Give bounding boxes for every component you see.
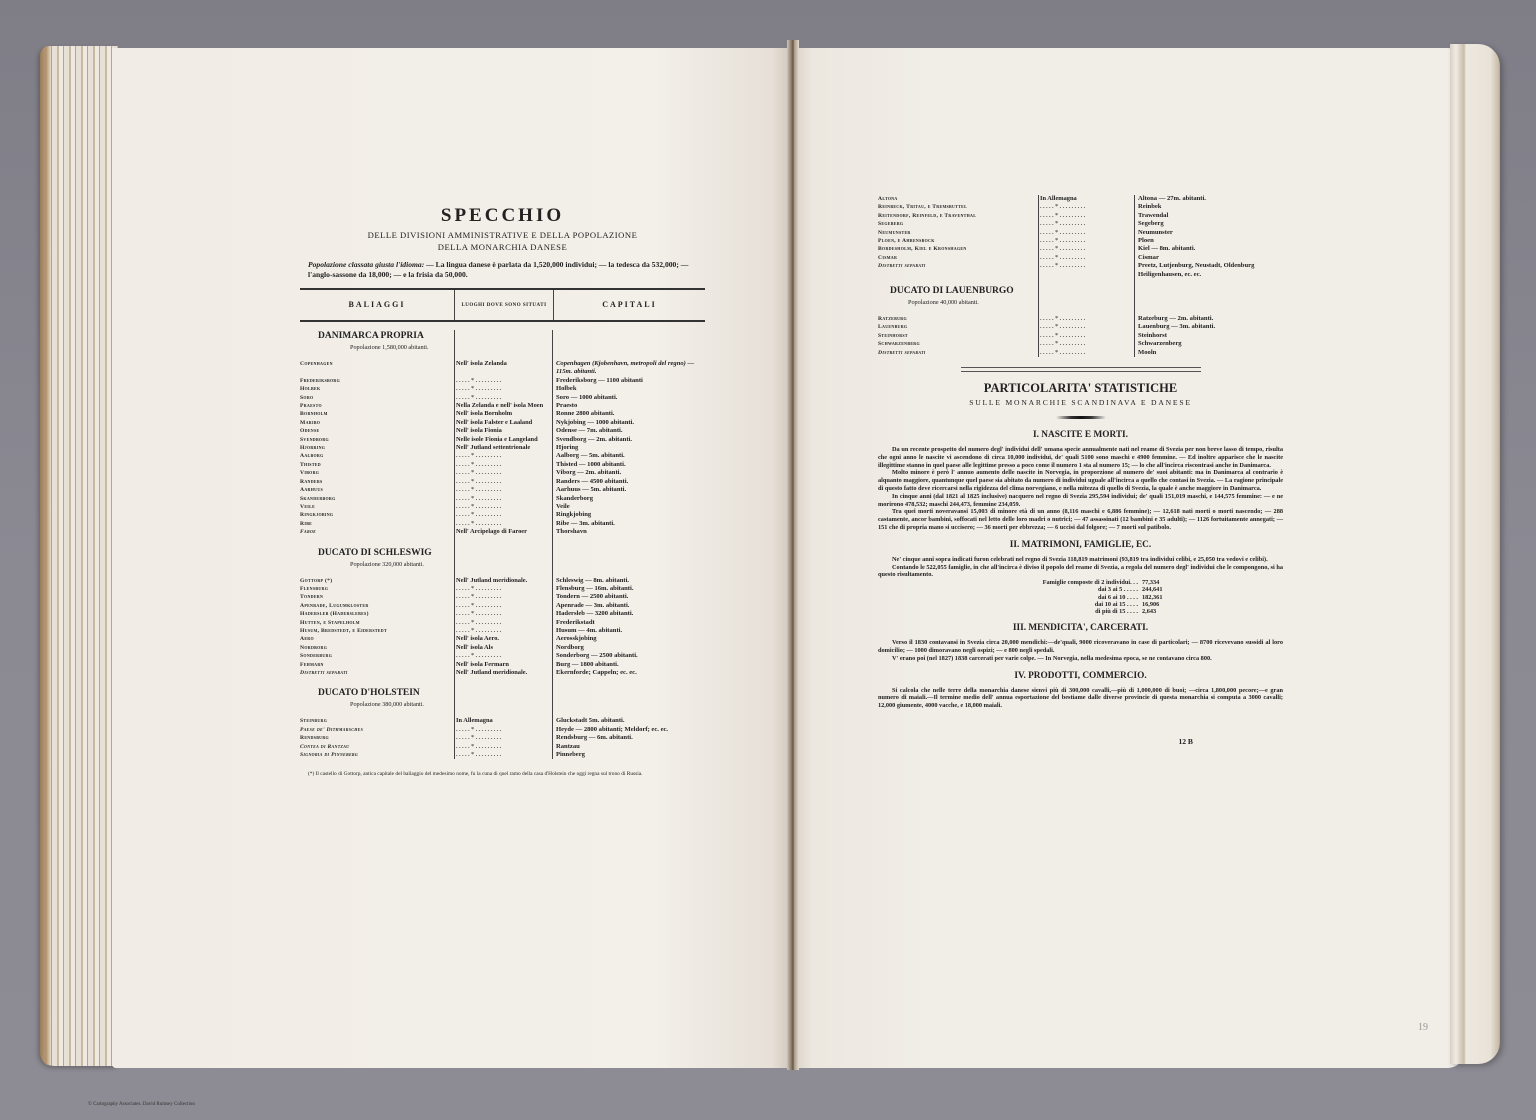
location-cell: .....*.........: [456, 610, 554, 618]
baliaggio-cell: Skanderborg: [300, 495, 456, 503]
capital-cell: Veile: [554, 503, 705, 511]
location-cell: .....*.........: [456, 652, 554, 660]
table-row: NordborgNell' isola AlsNordborg: [300, 644, 705, 652]
family-label: dai 3 ai 5 . . . . .: [1018, 586, 1142, 593]
baliaggio-cell: Hutten, e Stapelholm: [300, 619, 456, 627]
section-heading: II. MATRIMONI, FAMIGLIE, EC.: [878, 539, 1283, 551]
population-note-label: Popolazione classata giusta l'idioma:: [308, 260, 424, 269]
baliaggio-cell: Copenhagen: [300, 360, 456, 377]
capital-cell: Segeberg: [1136, 220, 1283, 228]
column-divider: [1038, 195, 1039, 357]
table-row: Ratzeburg.....*.........Ratzeburg — 2m. …: [878, 315, 1283, 323]
section-title: DUCATO DI LAUENBURGO: [878, 285, 1283, 297]
table-row: OdenseNell' isola FioniaOdense — 7m. abi…: [300, 427, 705, 435]
baliaggio-cell: Bornholm: [300, 410, 456, 418]
table-row: AeroNell' isola Aero.Aerosskjobing: [300, 635, 705, 643]
family-value: 16,906: [1142, 601, 1159, 608]
table-row: Paese de' Dithmarsches.....*.........Hey…: [300, 726, 705, 734]
section-population: Popolazione 320,000 abitanti.: [300, 559, 705, 571]
location-cell: .....*.........: [1040, 212, 1136, 220]
location-cell: .....*.........: [456, 461, 554, 469]
location-cell: .....*.........: [456, 743, 554, 751]
capital-cell: Flensburg — 16m. abitanti.: [554, 585, 705, 593]
location-cell: .....*.........: [1040, 245, 1136, 253]
capital-cell: Copenhagen (Kjobenhavn, metropoli del re…: [554, 360, 705, 377]
location-cell: .....*.........: [1040, 332, 1136, 340]
capital-cell: Ringkjobing: [554, 511, 705, 519]
baliaggio-cell: Bordesholm, Kiel e Kronshagen: [878, 245, 1040, 253]
location-cell: .....*.........: [1040, 254, 1136, 262]
table-row: MariboNell' isola Falster e LaalandNykjo…: [300, 419, 705, 427]
location-cell: In Allemagna: [456, 717, 554, 725]
capital-cell: Ronne 2800 abitanti.: [554, 410, 705, 418]
location-cell: .....*.........: [456, 734, 554, 742]
baliaggio-cell: Rendsburg: [300, 734, 456, 742]
location-cell: .....*.........: [456, 377, 554, 385]
baliaggio-cell: Praesto: [300, 402, 456, 410]
capital-cell: Thisted — 1000 abitanti.: [554, 461, 705, 469]
location-cell: .....*.........: [1040, 349, 1136, 357]
baliaggio-cell: Steinhorst: [878, 332, 1040, 340]
capital-cell: Trawendal: [1136, 212, 1283, 220]
capital-cell: Ratzeburg — 2m. abitanti.: [1136, 315, 1283, 323]
location-cell: .....*.........: [1040, 340, 1136, 348]
stats-sections: I. NASCITE E MORTI.Da un recente prospet…: [878, 429, 1283, 710]
capital-cell: Svendborg — 2m. abitanti.: [554, 436, 705, 444]
paragraph: Da un recente prospetto del numero degl'…: [878, 446, 1283, 469]
baliaggio-cell: Tondern: [300, 593, 456, 601]
baliaggio-cell: Lauenburg: [878, 323, 1040, 331]
location-cell: Nell' isola Zelanda: [456, 360, 554, 377]
location-cell: .....*.........: [456, 478, 554, 486]
table-row: Frederiksborg.....*.........Frederiksbor…: [300, 377, 705, 385]
baliaggio-cell: Steinburg: [300, 717, 456, 725]
table-row: Gottorp (*)Nell' Jutland meridionale.Sch…: [300, 577, 705, 585]
baliaggio-cell: Odense: [300, 427, 456, 435]
baliaggio-cell: Randers: [300, 478, 456, 486]
left-page-content: SPECCHIO DELLE DIVISIONI AMMINISTRATIVE …: [300, 205, 705, 778]
baliaggio-cell: Faroe: [300, 528, 456, 536]
family-label: dai 10 ai 15 . . . .: [1018, 601, 1142, 608]
table-row: Schwarzenberg.....*.........Schwarzenber…: [878, 340, 1283, 348]
location-cell: Nell' isola Bornholm: [456, 410, 554, 418]
baliaggio-cell: Holbek: [300, 385, 456, 393]
baliaggio-cell: Signoria di Pinneberg: [300, 751, 456, 759]
baliaggio-cell: Aalborg: [300, 452, 456, 460]
section-heading: IV. PRODOTTI, COMMERCIO.: [878, 670, 1283, 682]
baliaggio-cell: Apenrade, Lugumkloster: [300, 602, 456, 610]
baliaggio-cell: Husum, Bredstedt, e Eiderstedt: [300, 627, 456, 635]
location-cell: Nell' isola Falster e Laaland: [456, 419, 554, 427]
baliaggio-cell: Distretti separati: [300, 669, 456, 677]
baliaggio-cell: Distretti separati: [878, 262, 1040, 279]
column-divider: [1134, 195, 1135, 357]
location-cell: .....*.........: [456, 520, 554, 528]
baliaggio-cell: Cismar: [878, 254, 1040, 262]
location-cell: .....*.........: [456, 585, 554, 593]
capital-cell: Ploen: [1136, 237, 1283, 245]
stats-heading: PARTICOLARITA' STATISTICHE: [878, 380, 1283, 396]
column-divider: [552, 330, 553, 759]
location-cell: Nell' Jutland meridionale.: [456, 669, 554, 677]
location-cell: .....*.........: [456, 394, 554, 402]
left-page-stack-edge: [40, 46, 118, 1066]
baliaggio-cell: Aero: [300, 635, 456, 643]
baliaggio-cell: Neumunster: [878, 229, 1040, 237]
table-row: Distretti separati.....*.........Preetz,…: [878, 262, 1283, 279]
capital-cell: Sonderborg — 2500 abitanti.: [554, 652, 705, 660]
table-row: Tondern.....*.........Tondern — 2500 abi…: [300, 593, 705, 601]
table-row: Rendsburg.....*.........Rendsburg — 6m. …: [300, 734, 705, 742]
table-body: DANIMARCA PROPRIA Popolazione 1,580,000 …: [300, 330, 705, 759]
baliaggio-cell: Ploen, e Ahrensbock: [878, 237, 1040, 245]
paragraph: In cinque anni (dal 1821 al 1825 inclusi…: [878, 493, 1283, 509]
section-title: DUCATO DI SCHLESWIG: [300, 547, 705, 559]
capital-cell: Altona — 27m. abitanti.: [1136, 195, 1283, 203]
table-row: Cismar.....*.........Cismar: [878, 254, 1283, 262]
table-row: Ringkjobing.....*.........Ringkjobing: [300, 511, 705, 519]
table-row: Viborg.....*.........Viborg — 2m. abitan…: [300, 469, 705, 477]
capital-cell: Frederiksborg — 1100 abitanti: [554, 377, 705, 385]
table-row: Steinhorst.....*.........Steinhorst: [878, 332, 1283, 340]
capital-cell: Odense — 7m. abitanti.: [554, 427, 705, 435]
capital-cell: Thorshavn: [554, 528, 705, 536]
table-row: Distretti separatiNell' Jutland meridion…: [300, 669, 705, 677]
location-cell: Nell' Arcipelago di Faroer: [456, 528, 554, 536]
table-row: Neumunster.....*.........Neumunster: [878, 229, 1283, 237]
location-cell: .....*.........: [456, 619, 554, 627]
right-page-stack-edge: [1450, 44, 1500, 1064]
section-rows: Gottorp (*)Nell' Jutland meridionale.Sch…: [300, 577, 705, 678]
location-cell: .....*.........: [456, 726, 554, 734]
capital-cell: Ekernforde; Cappeln; ec. ec.: [554, 669, 705, 677]
population-language-note: Popolazione classata giusta l'idioma: — …: [300, 260, 705, 280]
location-cell: .....*.........: [456, 452, 554, 460]
image-credit: © Cartography Associates. David Rumsey C…: [88, 1102, 195, 1107]
capital-cell: Tondern — 2500 abitanti.: [554, 593, 705, 601]
section-title: DUCATO D'HOLSTEIN: [300, 687, 705, 699]
table-header: BALIAGGI LUOGHI DOVE SONO SITUATI CAPITA…: [300, 290, 705, 322]
baliaggio-cell: Contea di Rantzau: [300, 743, 456, 751]
location-cell: Nell' isola Fermarn: [456, 661, 554, 669]
baliaggio-cell: Reitendorf, Reinfeld, e Traventhal: [878, 212, 1040, 220]
capital-cell: Heyde — 2800 abitanti; Meldorf; ec. ec.: [554, 726, 705, 734]
header-capitali: CAPITALI: [554, 301, 705, 310]
table-row: Ploen, e Ahrensbock.....*.........Ploen: [878, 237, 1283, 245]
family-label: dai 6 ai 10 . . . .: [1018, 594, 1142, 601]
baliaggio-cell: Fehmarn: [300, 661, 456, 669]
location-cell: .....*.........: [456, 469, 554, 477]
location-cell: .....*.........: [1040, 203, 1136, 211]
page-title: SPECCHIO: [300, 205, 705, 227]
location-cell: .....*.........: [456, 495, 554, 503]
baliaggio-cell: Segeberg: [878, 220, 1040, 228]
header-luoghi: LUOGHI DOVE SONO SITUATI: [454, 290, 554, 320]
location-cell: In Allemagna: [1040, 195, 1136, 203]
table-row: Hutten, e Stapelholm.....*.........Frede…: [300, 619, 705, 627]
location-cell: .....*.........: [456, 486, 554, 494]
lauenburg-rows: Ratzeburg.....*.........Ratzeburg — 2m. …: [878, 315, 1283, 357]
location-cell: .....*.........: [1040, 315, 1136, 323]
section-rows: CopenhagenNell' isola ZelandaCopenhagen …: [300, 360, 705, 537]
baliaggio-cell: Ratzeburg: [878, 315, 1040, 323]
capital-cell: Gluckstadt 5m. abitanti.: [554, 717, 705, 725]
table-row: Aalborg.....*.........Aalborg — 5m. abit…: [300, 452, 705, 460]
family-label: di più di 15 . . . .: [1018, 608, 1142, 615]
capital-cell: Soro — 1000 abitanti.: [554, 394, 705, 402]
capital-cell: Reinbek: [1136, 203, 1283, 211]
table-row: FaroeNell' Arcipelago di FaroerThorshavn: [300, 528, 705, 536]
capital-cell: Randers — 4500 abitanti.: [554, 478, 705, 486]
location-cell: .....*.........: [456, 602, 554, 610]
table-continuation: AltonaIn AllemagnaAltona — 27m. abitanti…: [878, 195, 1283, 357]
table-row: HjorringNell' Jutland settentrionaleHjor…: [300, 444, 705, 452]
table-row: Thisted.....*.........Thisted — 1000 abi…: [300, 461, 705, 469]
baliaggio-cell: Sonderburg: [300, 652, 456, 660]
baliaggio-cell: Ringkjobing: [300, 511, 456, 519]
family-row: di più di 15 . . . .2,643: [1018, 608, 1283, 615]
table-row: Contea di Rantzau.....*.........Rantzau: [300, 743, 705, 751]
table-row: CopenhagenNell' isola ZelandaCopenhagen …: [300, 360, 705, 377]
table-row: Signoria di Pinneberg.....*.........Pinn…: [300, 751, 705, 759]
table-row: Lauenburg.....*.........Lauenburg — 3m. …: [878, 323, 1283, 331]
baliaggio-cell: Maribo: [300, 419, 456, 427]
capital-cell: Burg — 1800 abitanti.: [554, 661, 705, 669]
capital-cell: Nordborg: [554, 644, 705, 652]
table-row: FehmarnNell' isola FermarnBurg — 1800 ab…: [300, 661, 705, 669]
capital-cell: Ribe — 3m. abitanti.: [554, 520, 705, 528]
capital-cell: Skanderborg: [554, 495, 705, 503]
capital-cell: Holbek: [554, 385, 705, 393]
location-cell: .....*.........: [456, 593, 554, 601]
capital-cell: Aerosskjobing: [554, 635, 705, 643]
capital-cell: Cismar: [1136, 254, 1283, 262]
page-subtitle-line2: DELLA MONARCHIA DANESE: [300, 240, 705, 254]
table-row: Hadersleb (Haderslebes).....*.........Ha…: [300, 610, 705, 618]
table-row: Reitendorf, Reinfeld, e Traventhal.....*…: [878, 212, 1283, 220]
family-label: Famiglie composte di 2 individui. . .: [1018, 579, 1142, 586]
section-heading: I. NASCITE E MORTI.: [878, 429, 1283, 441]
section-population: Popolazione 380,000 abitanti.: [300, 699, 705, 711]
holstein-continued-rows: AltonaIn AllemagnaAltona — 27m. abitanti…: [878, 195, 1283, 279]
baliaggio-cell: Veile: [300, 503, 456, 511]
location-cell: Nell' Jutland settentrionale: [456, 444, 554, 452]
baliaggio-cell: Aarhuus: [300, 486, 456, 494]
family-value: 244,641: [1142, 586, 1162, 593]
capital-cell: Rantzau: [554, 743, 705, 751]
capital-cell: Kiel — 8m. abitanti.: [1136, 245, 1283, 253]
capital-cell: Schwarzenberg: [1136, 340, 1283, 348]
capital-cell: Preetz, Lutjenburg, Neustadt, Oldenburg …: [1136, 262, 1283, 279]
table-row: Holbek.....*.........Holbek: [300, 385, 705, 393]
section-population: Popolazione 40,000 abitanti.: [878, 297, 1283, 309]
paragraph: Verso il 1830 contavansi in Svezia circa…: [878, 639, 1283, 655]
family-row: dai 6 ai 10 . . . .182,361: [1018, 594, 1283, 601]
book-gutter: [787, 40, 799, 1070]
table-row: Aarhuus.....*.........Aarhuus — 5m. abit…: [300, 486, 705, 494]
capital-cell: Schleswig — 8m. abitanti.: [554, 577, 705, 585]
corner-pencil-mark: 19: [1418, 1022, 1428, 1033]
capital-cell: Hadersleb — 3200 abitanti.: [554, 610, 705, 618]
table-row: SteinburgIn AllemagnaGluckstadt 5m. abit…: [300, 717, 705, 725]
section-title: DANIMARCA PROPRIA: [300, 330, 705, 342]
section-population: Popolazione 1,580,000 abitanti.: [300, 342, 705, 354]
capital-cell: Steinhorst: [1136, 332, 1283, 340]
baliaggio-cell: Hjorring: [300, 444, 456, 452]
capital-cell: Aalborg — 5m. abitanti.: [554, 452, 705, 460]
table-row: Bordesholm, Kiel e Kronshagen.....*.....…: [878, 245, 1283, 253]
capital-cell: Neumunster: [1136, 229, 1283, 237]
capital-cell: Husum — 4m. abitanti.: [554, 627, 705, 635]
table-row: Apenrade, Lugumkloster.....*.........Ape…: [300, 602, 705, 610]
family-value: 77,334: [1142, 579, 1159, 586]
table-row: Segeberg.....*.........Segeberg: [878, 220, 1283, 228]
location-cell: .....*.........: [1040, 229, 1136, 237]
table-row: Sonderburg.....*.........Sonderborg — 25…: [300, 652, 705, 660]
paragraph: Si calcola che nelle terre della monarch…: [878, 687, 1283, 710]
location-cell: .....*.........: [456, 503, 554, 511]
location-cell: .....*.........: [456, 511, 554, 519]
column-divider: [454, 330, 455, 759]
table-row: BornholmNell' isola BornholmRonne 2800 a…: [300, 410, 705, 418]
section-rows: SteinburgIn AllemagnaGluckstadt 5m. abit…: [300, 717, 705, 759]
capital-cell: Pinneberg: [554, 751, 705, 759]
table-row: Randers.....*.........Randers — 4500 abi…: [300, 478, 705, 486]
baliaggio-cell: Paese de' Dithmarsches: [300, 726, 456, 734]
location-cell: Nelle isole Fionia e Langeland: [456, 436, 554, 444]
baliaggio-cell: Gottorp (*): [300, 577, 456, 585]
folio-signature: 12 B: [878, 738, 1283, 747]
table-row: PraestoNella Zelanda e nell' isola MoenP…: [300, 402, 705, 410]
family-size-table: Famiglie composte di 2 individui. . .77,…: [1018, 579, 1283, 615]
capital-cell: Lauenburg — 3m. abitanti.: [1136, 323, 1283, 331]
footnote: (*) Il castello di Gottorp, antica capit…: [300, 771, 705, 778]
baliaggio-cell: Hadersleb (Haderslebes): [300, 610, 456, 618]
table-row: Reinbeck, Tritau, e Tremsbuttel.....*...…: [878, 203, 1283, 211]
location-cell: .....*.........: [1040, 323, 1136, 331]
capital-cell: Rendsburg — 6m. abitanti.: [554, 734, 705, 742]
baliaggio-cell: Nordborg: [300, 644, 456, 652]
family-value: 2,643: [1142, 608, 1156, 615]
baliaggio-cell: Viborg: [300, 469, 456, 477]
location-cell: Nell' isola Als: [456, 644, 554, 652]
table-row: Ribe.....*.........Ribe — 3m. abitanti.: [300, 520, 705, 528]
table-row: Skanderborg.....*.........Skanderborg: [300, 495, 705, 503]
table-row: Soro.....*.........Soro — 1000 abitanti.: [300, 394, 705, 402]
capital-cell: Hjoring: [554, 444, 705, 452]
baliaggio-cell: Flensburg: [300, 585, 456, 593]
location-cell: Nell' Jutland meridionale.: [456, 577, 554, 585]
location-cell: .....*.........: [1040, 262, 1136, 279]
section-heading: III. MENDICITA', CARCERATI.: [878, 622, 1283, 634]
table-row: Veile.....*.........Veile: [300, 503, 705, 511]
baliaggio-cell: Soro: [300, 394, 456, 402]
baliaggio-cell: Distretti separati: [878, 349, 1040, 357]
capital-cell: Apenrade — 3m. abitanti.: [554, 602, 705, 610]
family-value: 182,361: [1142, 594, 1162, 601]
capital-cell: Mooln: [1136, 349, 1283, 357]
location-cell: .....*.........: [456, 751, 554, 759]
family-row: Famiglie composte di 2 individui. . .77,…: [1018, 579, 1283, 586]
right-page-content: AltonaIn AllemagnaAltona — 27m. abitanti…: [878, 195, 1283, 747]
location-cell: Nella Zelanda e nell' isola Moen: [456, 402, 554, 410]
divider-rule: [961, 367, 1201, 372]
baliaggio-cell: Svendborg: [300, 436, 456, 444]
table-row: Husum, Bredstedt, e Eiderstedt.....*....…: [300, 627, 705, 635]
table-row: AltonaIn AllemagnaAltona — 27m. abitanti…: [878, 195, 1283, 203]
capital-cell: Viborg — 2m. abitanti.: [554, 469, 705, 477]
baliaggio-cell: Reinbeck, Tritau, e Tremsbuttel: [878, 203, 1040, 211]
location-cell: .....*.........: [456, 385, 554, 393]
baliaggio-cell: Frederiksborg: [300, 377, 456, 385]
header-baliaggi: BALIAGGI: [300, 301, 454, 310]
capital-cell: Aarhuus — 5m. abitanti.: [554, 486, 705, 494]
capital-cell: Nykjobing — 1000 abitanti.: [554, 419, 705, 427]
capital-cell: Frederikstadt: [554, 619, 705, 627]
location-cell: Nell' isola Fionia: [456, 427, 554, 435]
baliaggio-cell: Thisted: [300, 461, 456, 469]
baliaggio-cell: Schwarzenberg: [878, 340, 1040, 348]
table-row: Distretti separati.....*.........Mooln: [878, 349, 1283, 357]
family-row: dai 10 ai 15 . . . .16,906: [1018, 601, 1283, 608]
stats-subheading: SULLE MONARCHIE SCANDINAVA E DANESE: [878, 396, 1283, 410]
paragraph: V' erano poi (nel 1827) 1838 carcerati p…: [878, 655, 1283, 663]
capital-cell: Praesto: [554, 402, 705, 410]
paragraph: Molto minore è però l' annuo aumento del…: [878, 469, 1283, 492]
paragraph: Tra quei morti noveravansi 15,003 di min…: [878, 508, 1283, 531]
location-cell: Nell' isola Aero.: [456, 635, 554, 643]
paragraph: Ne' cinque anni sopra indicati furon cel…: [878, 556, 1283, 564]
ornament-swell-rule: [1056, 416, 1106, 419]
location-cell: .....*.........: [1040, 237, 1136, 245]
baliaggio-cell: Ribe: [300, 520, 456, 528]
paragraph: Contando le 522,055 famiglie, in che all…: [878, 564, 1283, 580]
location-cell: .....*.........: [456, 627, 554, 635]
table-row: Flensburg.....*.........Flensburg — 16m.…: [300, 585, 705, 593]
family-row: dai 3 ai 5 . . . . .244,641: [1018, 586, 1283, 593]
table-row: SvendborgNelle isole Fionia e LangelandS…: [300, 436, 705, 444]
baliaggio-cell: Altona: [878, 195, 1040, 203]
location-cell: .....*.........: [1040, 220, 1136, 228]
